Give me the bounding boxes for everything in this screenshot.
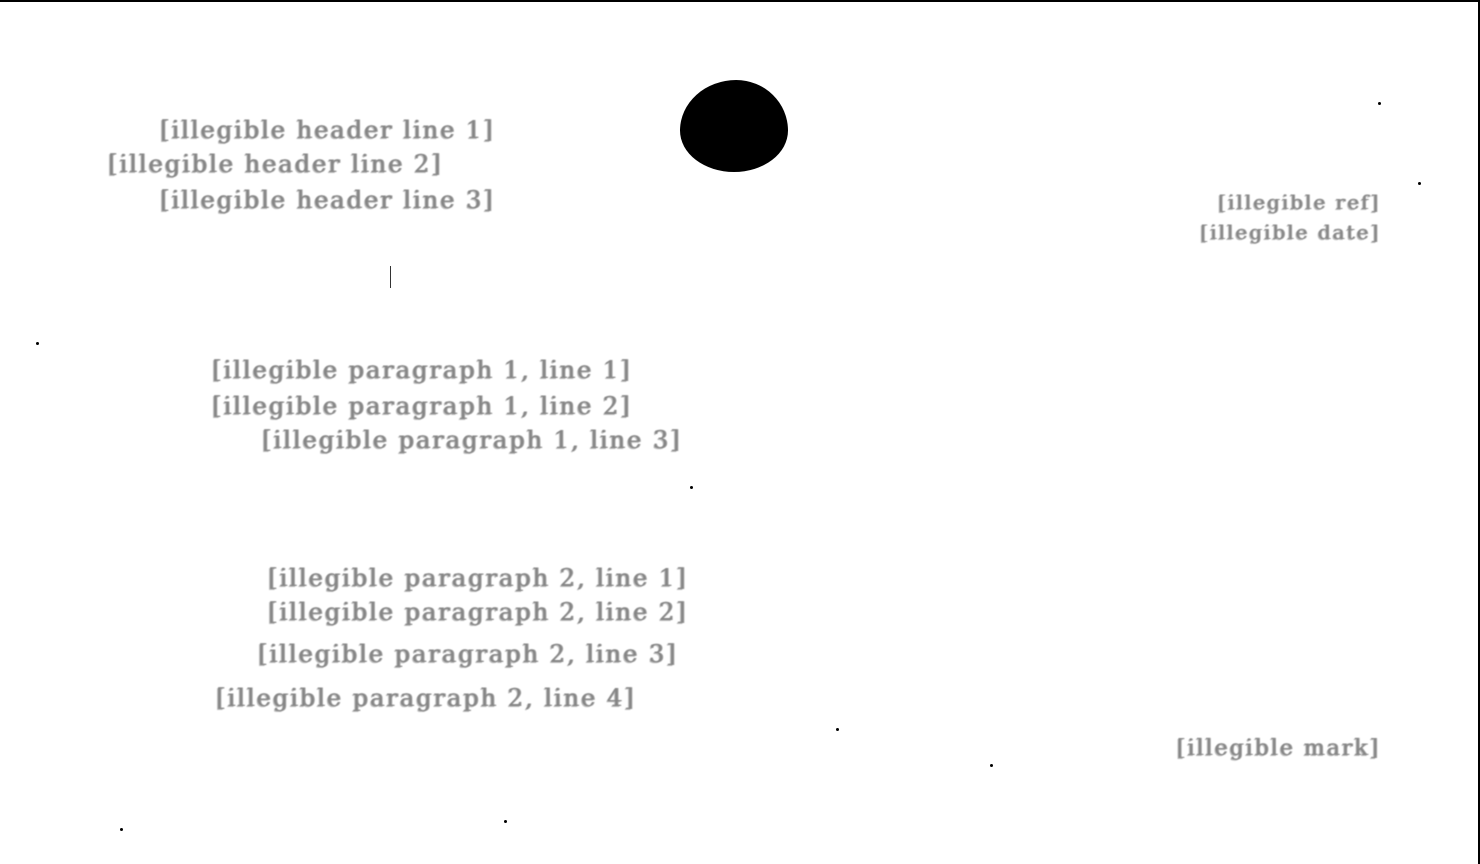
paragraph-1-line-1: [illegible paragraph 1, line 1] [212,356,631,384]
redaction-blot [680,80,788,172]
noise-speck [120,828,123,831]
page-mark: [illegible mark] [1177,736,1380,761]
paragraph-2-line-3: [illegible paragraph 2, line 3] [258,640,677,668]
reference-number: [illegible ref] [1218,190,1380,214]
header-line-2: [illegible header line 2] [108,150,442,178]
noise-speck [36,342,39,345]
noise-speck [690,486,693,489]
noise-speck [1378,102,1381,105]
noise-speck [1418,182,1421,185]
paragraph-1-line-2: [illegible paragraph 1, line 2] [212,392,631,420]
paragraph-1-line-3: [illegible paragraph 1, line 3] [262,426,681,454]
stray-mark [390,266,391,288]
noise-speck [836,728,839,731]
paragraph-2-line-1: [illegible paragraph 2, line 1] [268,564,687,592]
paragraph-2-line-4: [illegible paragraph 2, line 4] [216,684,635,712]
paragraph-2-line-2: [illegible paragraph 2, line 2] [268,598,687,626]
scan-border-top [0,0,1480,2]
header-line-1: [illegible header line 1] [160,116,494,144]
header-line-3: [illegible header line 3] [160,186,494,214]
noise-speck [990,764,993,767]
noise-speck [504,820,507,823]
reference-date: [illegible date] [1200,220,1380,244]
